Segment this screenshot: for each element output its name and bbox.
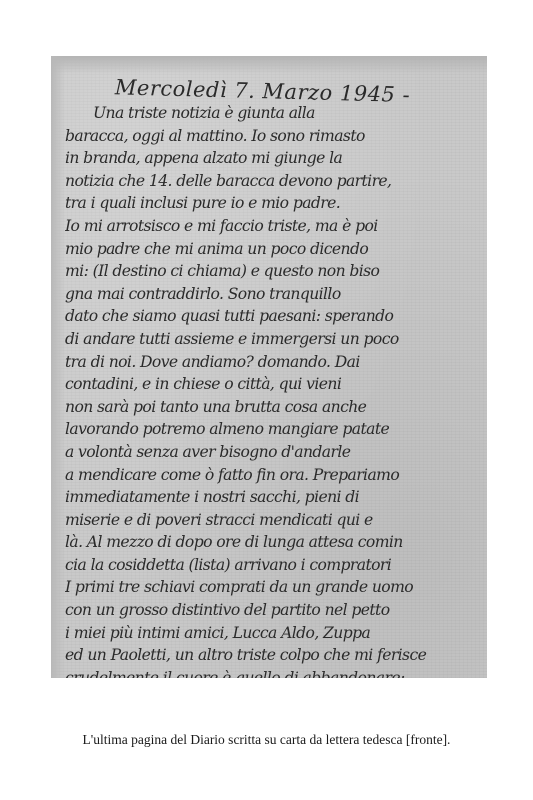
manuscript-scan: Mercoledì 7. Marzo 1945 - Una triste not… — [51, 56, 487, 678]
manuscript-line: mi: (Il destino ci chiama) e questo non … — [65, 260, 479, 283]
manuscript-line: gna mai contraddirlo. Sono tranquillo — [65, 283, 479, 306]
figure-caption: L'ultima pagina del Diario scritta su ca… — [0, 732, 533, 748]
manuscript-line: tra i quali inclusi pure io e mio padre. — [65, 192, 479, 215]
manuscript-line: lavorando potremo almeno mangiare patate — [65, 418, 479, 441]
manuscript-line: là. Al mezzo di dopo ore di lunga attesa… — [65, 531, 479, 554]
manuscript-line: cia la cosiddetta (lista) arrivano i com… — [65, 554, 479, 577]
manuscript-line: con un grosso distintivo del partito nel… — [65, 599, 479, 622]
manuscript-line: mio padre che mi anima un poco dicendo — [65, 238, 479, 261]
manuscript-line: a volontà senza aver bisogno d'andarle — [65, 441, 479, 464]
manuscript-line: di andare tutti assieme e immergersi un … — [65, 328, 479, 351]
manuscript-line: baracca, oggi al mattino. Io sono rimast… — [65, 125, 479, 148]
manuscript-line: immediatamente i nostri sacchi, pieni di — [65, 486, 479, 509]
manuscript-line: notizia che 14. delle baracca devono par… — [65, 170, 479, 193]
manuscript-line: dato che siamo quasi tutti paesani: sper… — [65, 305, 479, 328]
manuscript-line: i miei più intimi amici, Lucca Aldo, Zup… — [65, 622, 479, 645]
manuscript-line: miserie e di poveri stracci mendicati qu… — [65, 509, 479, 532]
manuscript-line: a mendicare come ò fatto fin ora. Prepar… — [65, 464, 479, 487]
manuscript-line: tra di noi. Dove andiamo? domando. Dai — [65, 351, 479, 374]
manuscript-line: non sarà poi tanto una brutta cosa anche — [65, 396, 479, 419]
manuscript-line: crudelmente il cuore è quello di abbando… — [65, 667, 479, 678]
manuscript-line: Io mi arrotsisco e mi faccio triste, ma … — [65, 215, 479, 238]
manuscript-line: contadini, e in chiese o città, qui vien… — [65, 373, 479, 396]
manuscript-line: I primi tre schiavi comprati da un grand… — [65, 576, 479, 599]
manuscript-line: in branda, appena alzato mi giunge la — [65, 147, 479, 170]
handwritten-text: Mercoledì 7. Marzo 1945 - Una triste not… — [65, 70, 479, 672]
manuscript-line: ed un Paoletti, un altro triste colpo ch… — [65, 644, 479, 667]
